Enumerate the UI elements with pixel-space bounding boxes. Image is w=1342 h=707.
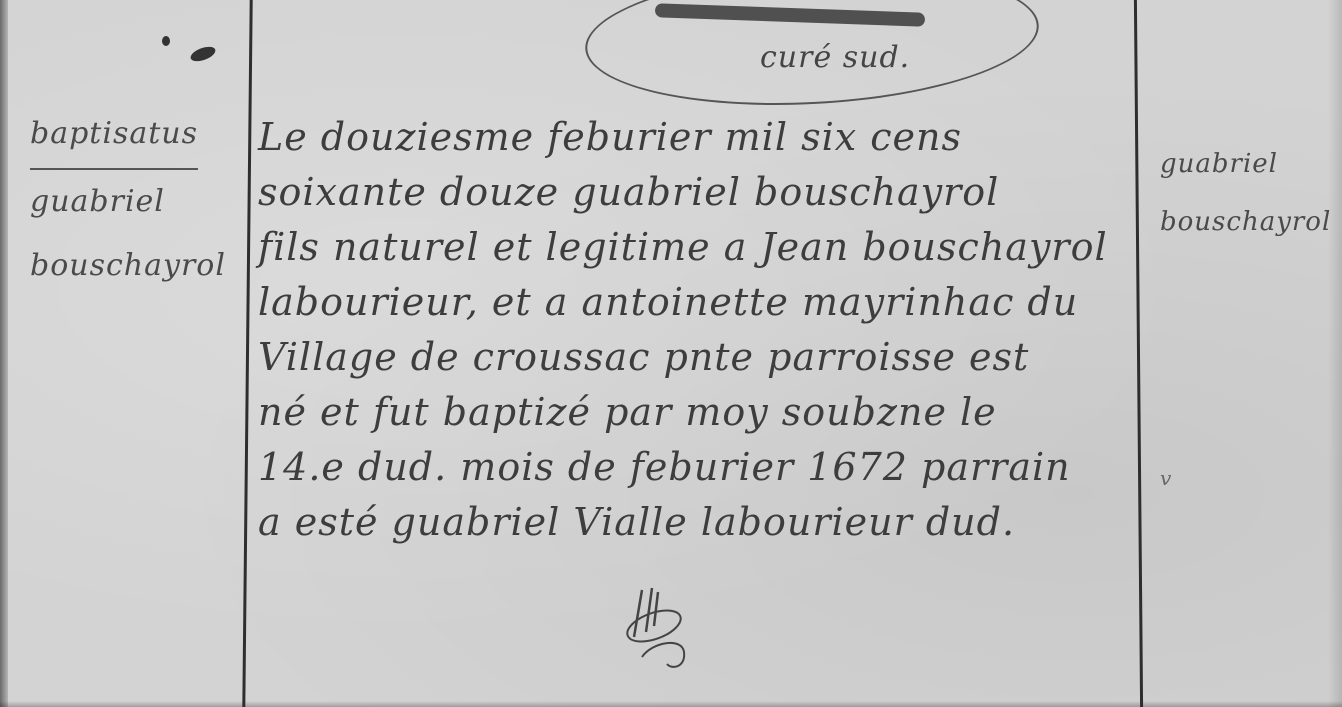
signature-paraph-icon <box>612 582 702 672</box>
right-margin-note: guabriel bouschayrol <box>1160 135 1331 251</box>
margin-label: baptisatus <box>30 102 198 170</box>
entry-line: soixante douze guabriel bouschayrol <box>258 165 1108 220</box>
left-margin-note: baptisatus guabriel bouschayrol <box>30 102 226 298</box>
entry-line: a esté guabriel Vialle labourieur dud. <box>258 495 1108 550</box>
entry-line: Le douziesme feburier mil six cens <box>258 110 1108 165</box>
margin-surname: bouschayrol <box>30 234 226 298</box>
baptism-entry: Le douziesme feburier mil six cens soixa… <box>258 110 1108 550</box>
margin-given-name: guabriel <box>30 170 226 234</box>
margin-surname: bouschayrol <box>1160 193 1331 251</box>
right-margin-rule <box>1134 0 1143 707</box>
tick-mark: v <box>1160 466 1172 490</box>
header-text: curé sud. <box>760 40 910 75</box>
ink-blot <box>189 44 218 64</box>
entry-line: fils naturel et legitime a Jean bouschay… <box>258 220 1108 275</box>
margin-given-name: guabriel <box>1160 135 1331 193</box>
ink-blot <box>162 36 170 46</box>
entry-line: labourieur, et a antoinette mayrinhac du <box>258 275 1108 330</box>
entry-line: né et fut baptizé par moy soubzne le <box>258 385 1108 440</box>
document-page: curé sud. baptisatus guabriel bouschayro… <box>0 0 1342 707</box>
entry-line: Village de croussac pnte parroisse est <box>258 330 1108 385</box>
page-left-edge <box>0 0 8 707</box>
left-margin-rule <box>242 0 252 707</box>
entry-line: 14.e dud. mois de feburier 1672 parrain <box>258 440 1108 495</box>
page-right-edge <box>1328 0 1342 707</box>
